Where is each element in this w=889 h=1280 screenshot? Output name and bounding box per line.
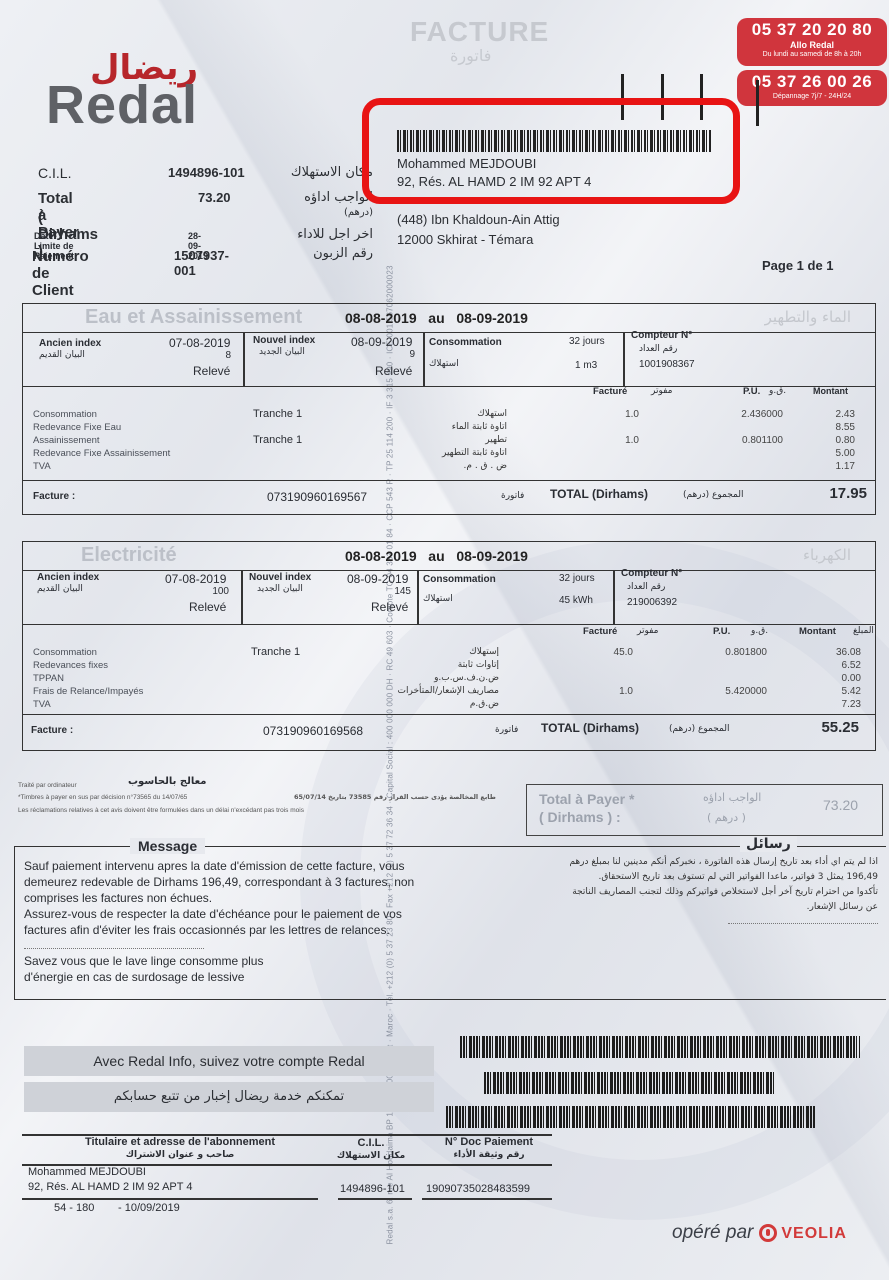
col-billed-ar: مفوتر: [651, 386, 673, 396]
electricity-title: Electricité: [81, 544, 177, 567]
electricity-index-row: Ancien index البيان القديم 07-08-2019 10…: [23, 570, 875, 625]
line-item: Redevance Fixe Assainissementاتاوة ثابتة…: [23, 447, 875, 460]
old-index-label-ar: البيان القديم: [37, 584, 83, 594]
line-label: Frais de Relance/Impayés: [33, 685, 143, 698]
electricity-period: 08-08-2019 au 08-09-2019: [345, 548, 528, 564]
period-from: 08-08-2019: [345, 548, 417, 564]
grand-total-label: Total à Payer *: [539, 791, 634, 807]
grand-total-unit-ar: ( درهم ): [707, 811, 746, 824]
col-pu-ar: ق.و.: [751, 626, 768, 636]
line-item: Frais de Relance/Impayésمصاريف الإشعار/ا…: [23, 685, 875, 698]
line-billed: 1.0: [599, 434, 639, 447]
line-pu: 0.801100: [713, 434, 783, 447]
new-index-status: Relevé: [371, 600, 408, 614]
cil-label-ar: مكان الاستهلاك: [268, 165, 373, 180]
promo-band-fr: Avec Redal Info, suivez votre compte Red…: [24, 1046, 434, 1076]
line-label: TPPAN: [33, 672, 64, 685]
water-header: Eau et Assainissement 08-08-2019 au 08-0…: [23, 304, 875, 333]
coupon-cil-label-ar: مكان الاستهلاك: [326, 1151, 416, 1161]
line-item: ConsommationTranche 1استهلاك1.02.4360002…: [23, 408, 875, 421]
total-label-ar: المجموع (درهم): [683, 490, 743, 500]
old-index-label-ar: البيان القديم: [39, 350, 85, 360]
total-label: TOTAL (Dirhams): [550, 487, 648, 501]
line-ar: اتاوة ثابتة الماء: [337, 421, 507, 434]
col-amount-ar: المبلغ: [853, 626, 874, 636]
payment-barcode-3: [446, 1106, 816, 1128]
consumption-label-ar: استهلاك: [429, 359, 459, 369]
coupon-holder-label-ar: صاحب و عنوان الاشتراك: [60, 1150, 300, 1160]
col-billed-ar: مفوتر: [637, 626, 659, 636]
col-amount: Montant: [799, 626, 836, 637]
water-total: 17.95: [803, 485, 867, 502]
invoice-number: 073190960169567: [267, 490, 367, 504]
period-to: 08-09-2019: [456, 310, 528, 326]
line-tranche: Tranche 1: [251, 646, 300, 659]
water-total-row: Facture : 073190960169567 فاتورة TOTAL (…: [23, 480, 875, 511]
line-ar: إتاوات ثابتة: [329, 659, 499, 672]
line-label: TVA: [33, 460, 51, 473]
meter-label-ar: رقم العداد: [627, 582, 665, 592]
line-label: Assainissement: [33, 434, 100, 447]
coupon-holder-address: 92, Rés. AL HAMD 2 IM 92 APT 4: [28, 1181, 192, 1193]
phone-hours: Du lundi au samedi de 8h à 20h: [737, 50, 887, 59]
highlight-annotation: [362, 98, 740, 204]
line-item: AssainissementTranche 1تطهير1.00.8011000…: [23, 434, 875, 447]
line-label: TVA: [33, 698, 51, 711]
old-index-date: 07-08-2019: [165, 572, 226, 586]
col-pu: P.U.: [743, 386, 760, 397]
meter-number: 1001908367: [639, 359, 695, 370]
water-index-row: Ancien index البيان القديم 07-08-2019 8 …: [23, 332, 875, 387]
total-value: 73.20: [198, 190, 231, 205]
consumption-label-ar: استهلاك: [423, 594, 453, 604]
invoice-number: 073190960169568: [263, 724, 363, 738]
line-ar: اتاوة ثابتة التطهير: [337, 447, 507, 460]
coupon-cil-label: C.I.L.: [336, 1137, 406, 1149]
line-ar: ض.ق.م: [329, 698, 499, 711]
consumption-quantity: 45 kWh: [559, 595, 593, 606]
promo-text-ar: تمكنكم خدمة ريضال إخبار من تتبع حسابكم: [24, 1082, 434, 1112]
document-title: FACTURE: [410, 16, 549, 48]
line-ar: ض . ق . م.: [337, 460, 507, 473]
legal-computer: Traité par ordinateur: [18, 782, 77, 789]
line-label: Consommation: [33, 646, 97, 659]
new-index-value: 145: [369, 586, 411, 597]
coupon-holder-label: Titulaire et adresse de l'abonnement: [60, 1136, 300, 1148]
electricity-total: 55.25: [793, 719, 859, 736]
coupon-cil-value: 1494896-101: [340, 1183, 405, 1195]
allo-redal-phone: 05 37 20 20 80 Allo Redal Du lundi au sa…: [737, 18, 887, 66]
new-index-label-ar: البيان الجديد: [257, 584, 303, 594]
invoice-label: Facture :: [33, 491, 75, 502]
document-title-ar: فاتورة: [450, 46, 491, 65]
total-label-ar: الواجب اداؤه: [268, 190, 373, 205]
line-item: ConsommationTranche 1إستهلاك45.00.801800…: [23, 646, 875, 659]
period-from: 08-08-2019: [345, 310, 417, 326]
promo-band-ar: تمكنكم خدمة ريضال إخبار من تتبع حسابكم: [24, 1082, 434, 1112]
coupon-doc-label-ar: رقم وثيقة الأداء: [424, 1150, 554, 1160]
message-ar-paragraph-2: تأكدوا من احترام تاريخ آخر أجل لاستخلاص …: [560, 885, 878, 915]
line-item: TVAض . ق . م.1.17: [23, 460, 875, 473]
message-arabic: اذا لم يتم اي أداء بعد تاريخ إرسال هذه ا…: [560, 855, 878, 924]
line-amount: 7.23: [811, 698, 861, 711]
line-item: TVAض.ق.م7.23: [23, 698, 875, 711]
line-billed: 1.0: [599, 408, 639, 421]
water-period: 08-08-2019 au 08-09-2019: [345, 310, 528, 326]
client-number-label-ar: رقم الزبون: [268, 246, 373, 261]
period-to: 08-09-2019: [456, 548, 528, 564]
col-billed: Facturé: [583, 626, 617, 637]
message-paragraph-1: Sauf paiement intervenu apres la date d'…: [24, 858, 444, 906]
total-label-ar: المجموع (درهم): [669, 724, 729, 734]
due-date-label-ar: اخر اجل للاداء: [268, 227, 373, 242]
client-number-label: Numéro de Client: [32, 248, 89, 299]
new-index-label-ar: البيان الجديد: [259, 347, 305, 357]
line-label: Consommation: [33, 408, 97, 421]
new-index-date: 08-09-2019: [351, 335, 412, 349]
line-amount: 2.43: [805, 408, 855, 421]
fold-mark: [756, 80, 759, 126]
electricity-total-row: Facture : 073190960169568 فاتورة TOTAL (…: [23, 714, 875, 745]
col-pu-ar: ق.و.: [769, 386, 786, 396]
grand-total-unit: ( Dirhams ) :: [539, 809, 621, 825]
total-unit-ar: (درهم): [268, 207, 373, 218]
electricity-section: Electricité 08-08-2019 au 08-09-2019 الك…: [22, 541, 876, 751]
line-ar: ض.ن.ف.س.ب.و: [329, 672, 499, 685]
new-index-value: 9: [373, 349, 415, 360]
payment-barcode-1: [460, 1036, 860, 1058]
line-label: Redevance Fixe Assainissement: [33, 447, 170, 460]
recipient-address-line2: (448) Ibn Khaldoun-Ain Attig: [397, 212, 560, 227]
coupon-holder-name: Mohammed MEJDOUBI: [28, 1166, 146, 1178]
line-pu: 2.436000: [713, 408, 783, 421]
coupon-doc-number: 19090735028483599: [426, 1183, 530, 1195]
veolia-logo-icon: [759, 1224, 777, 1242]
promo-text-fr: Avec Redal Info, suivez votre compte Red…: [24, 1046, 434, 1076]
veolia-credit: opéré parVEOLIA: [672, 1222, 847, 1244]
phone-number: 05 37 20 20 80: [737, 18, 887, 40]
legal-stamps-ar: طابع المخالصة يؤدى حسب القرار رقم 73585 …: [294, 793, 496, 801]
message-french: Sauf paiement intervenu apres la date d'…: [24, 858, 444, 985]
line-pu: 0.801800: [697, 646, 767, 659]
phone-label: Dépannage 7j/7 - 24H/24: [737, 92, 887, 101]
line-ar: تطهير: [337, 434, 507, 447]
coupon-date: - 10/09/2019: [118, 1202, 180, 1214]
coupon-doc-label: N° Doc Paiement: [424, 1136, 554, 1148]
client-number-value: 1507937-001: [174, 248, 229, 278]
meter-number: 219006392: [627, 597, 677, 608]
old-index-label: Ancien index: [37, 572, 99, 583]
consumption-quantity: 1 m3: [575, 360, 597, 371]
consumption-days: 32 jours: [569, 336, 605, 347]
logo-redal: Redal: [46, 74, 198, 136]
line-billed: 45.0: [593, 646, 633, 659]
operated-by-text: opéré par: [672, 1222, 753, 1243]
invoice-label-ar: فاتورة: [501, 491, 524, 501]
line-amount: 5.42: [811, 685, 861, 698]
line-amount: 0.00: [811, 672, 861, 685]
line-ar: استهلاك: [337, 408, 507, 421]
water-title: Eau et Assainissement: [85, 306, 302, 329]
legal-claims: Les réclamations relatives à cet avis do…: [18, 807, 304, 814]
line-tranche: Tranche 1: [253, 434, 302, 447]
col-amount: Montant: [813, 386, 848, 396]
new-index-label: Nouvel index: [253, 335, 315, 346]
depannage-phone: 05 37 26 00 26 Dépannage 7j/7 - 24H/24: [737, 70, 887, 106]
line-amount: 8.55: [805, 421, 855, 434]
old-index-status: Relevé: [193, 364, 230, 378]
line-amount: 0.80: [805, 434, 855, 447]
meter-label: Compteur N°: [621, 568, 682, 579]
line-ar: إستهلاك: [329, 646, 499, 659]
line-pu: 5.420000: [697, 685, 767, 698]
line-tranche: Tranche 1: [253, 408, 302, 421]
meter-label: Compteur N°: [631, 330, 692, 341]
old-index-value: 8: [193, 350, 231, 361]
grand-total-box: Total à Payer * ( Dirhams ) : الواجب ادا…: [526, 784, 883, 836]
phone-label: Allo Redal: [737, 40, 887, 50]
electricity-header: Electricité 08-08-2019 au 08-09-2019 الك…: [23, 542, 875, 571]
line-ar: مصاريف الإشعار/المتأخرات: [329, 685, 499, 698]
line-label: Redevances fixes: [33, 659, 108, 672]
cil-label: C.I.L.: [38, 165, 71, 181]
water-section: Eau et Assainissement 08-08-2019 au 08-0…: [22, 303, 876, 515]
col-billed: Facturé: [593, 386, 627, 397]
consumption-label: Consommation: [429, 337, 502, 348]
old-index-value: 100: [189, 586, 229, 597]
old-index-date: 07-08-2019: [169, 336, 230, 350]
legal-stamps: *Timbres à payer en sus par décision n°7…: [18, 794, 187, 801]
line-label: Redevance Fixe Eau: [33, 421, 121, 434]
invoice-label-ar: فاتورة: [495, 725, 518, 735]
consumption-days: 32 jours: [559, 573, 595, 584]
coupon-rule: [338, 1198, 412, 1200]
meter-label-ar: رقم العداد: [639, 344, 677, 354]
period-sep: au: [428, 310, 444, 326]
old-index-status: Relevé: [189, 600, 226, 614]
coupon-ref: 54 - 180: [54, 1202, 94, 1214]
line-item: TPPANض.ن.ف.س.ب.و0.00: [23, 672, 875, 685]
new-index-label: Nouvel index: [249, 572, 311, 583]
veolia-name: VEOLIA: [781, 1225, 847, 1242]
legal-computer-ar: معالج بالحاسوب: [128, 776, 206, 787]
page-number: Page 1 de 1: [762, 258, 834, 273]
message-tip: Savez vous que le lave linge consomme pl…: [24, 953, 284, 985]
col-pu: P.U.: [713, 626, 730, 637]
grand-total-value: 73.20: [823, 797, 858, 813]
new-index-date: 08-09-2019: [347, 572, 408, 586]
coupon-rule: [22, 1198, 318, 1200]
electricity-title-ar: الكهرباء: [803, 546, 851, 564]
coupon-rule: [422, 1198, 552, 1200]
consumption-label: Consommation: [423, 574, 496, 585]
line-amount: 36.08: [811, 646, 861, 659]
invoice-label: Facture :: [31, 725, 73, 736]
line-item: Redevance Fixe Eauاتاوة ثابتة الماء8.55: [23, 421, 875, 434]
grand-total-label-ar: الواجب اداؤه: [703, 791, 761, 804]
old-index-label: Ancien index: [39, 338, 101, 349]
period-sep: au: [428, 548, 444, 564]
line-amount: 6.52: [811, 659, 861, 672]
line-item: Redevances fixesإتاوات ثابتة6.52: [23, 659, 875, 672]
payment-barcode-2: [484, 1072, 774, 1094]
message-ar-paragraph-1: اذا لم يتم اي أداء بعد تاريخ إرسال هذه ا…: [560, 855, 878, 885]
line-billed: 1.0: [593, 685, 633, 698]
recipient-address-line3: 12000 Skhirat - Témara: [397, 232, 533, 247]
total-label: TOTAL (Dirhams): [541, 721, 639, 735]
new-index-status: Relevé: [375, 364, 412, 378]
line-amount: 1.17: [805, 460, 855, 473]
message-title: Message: [130, 838, 205, 854]
water-title-ar: الماء والتطهير: [765, 308, 851, 326]
line-amount: 5.00: [805, 447, 855, 460]
message-title-ar: رسائل: [740, 836, 797, 852]
message-paragraph-2: Assurez-vous de respecter la date d'éché…: [24, 906, 444, 938]
phone-number: 05 37 26 00 26: [737, 70, 887, 92]
